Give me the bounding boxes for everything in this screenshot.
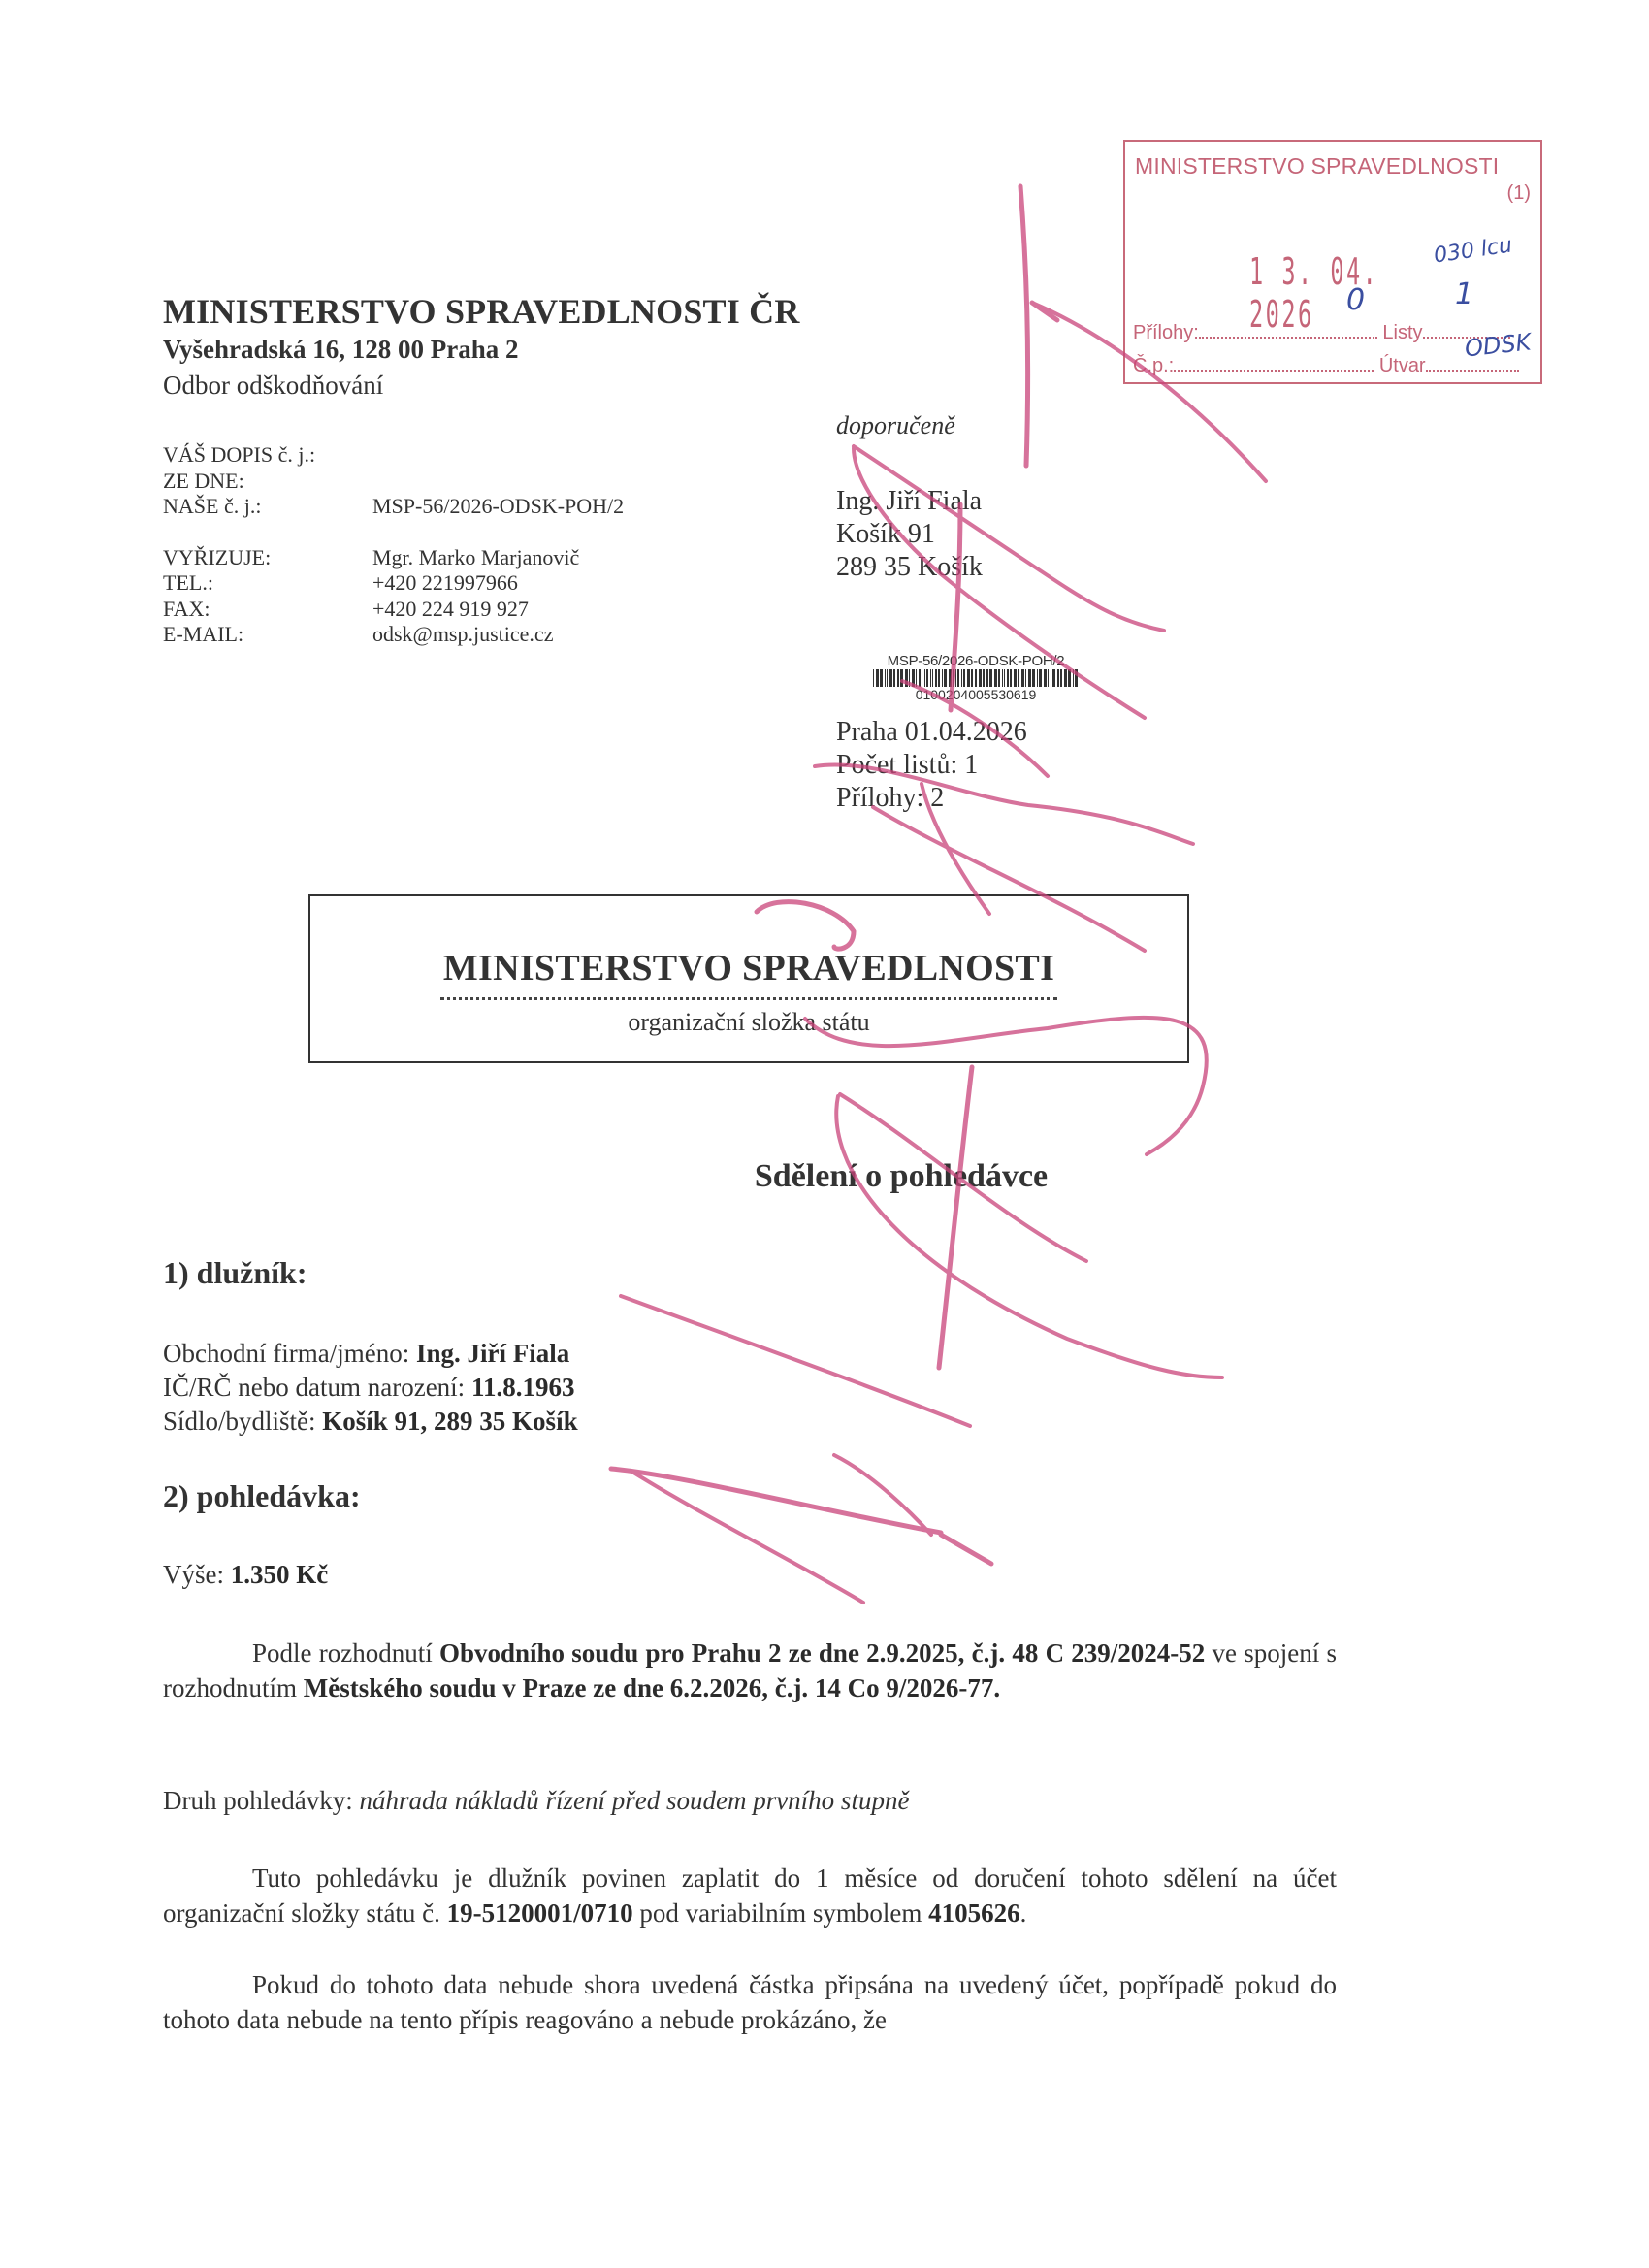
barcode-bars-icon <box>873 669 1079 687</box>
ref-label: ZE DNE: <box>163 469 372 495</box>
ref-label: VYŘIZUJE: <box>163 545 372 571</box>
ref-row-your-letter: VÁŠ DOPIS č. j.: <box>163 442 624 469</box>
ref-label: TEL.: <box>163 570 372 597</box>
court-decision-2: Městského soudu v Praze ze dne 6.2.2026,… <box>304 1673 1000 1702</box>
claim-type-label: Druh pohledávky: <box>163 1786 359 1815</box>
organization-box: MINISTERSTVO SPRAVEDLNOSTI organizační s… <box>308 894 1189 1063</box>
stamp-handwritten-attachments: 0 <box>1346 283 1365 317</box>
debtor-address-line: Sídlo/bydliště: Košík 91, 289 35 Košík <box>163 1405 578 1439</box>
ref-label: E-MAIL: <box>163 622 372 648</box>
debtor-address-value: Košík 91, 289 35 Košík <box>322 1407 577 1436</box>
stamp-title: MINISTERSTVO SPRAVEDLNOSTI <box>1135 153 1499 179</box>
debtor-id-line: IČ/RČ nebo datum narození: 11.8.1963 <box>163 1371 578 1405</box>
delivery-method: doporučeně <box>836 411 955 440</box>
ref-label: NAŠE č. j.: <box>163 494 372 520</box>
debtor-address-label: Sídlo/bydliště: <box>163 1407 322 1436</box>
ref-row-date: ZE DNE: <box>163 469 624 495</box>
ref-label: VÁŠ DOPIS č. j.: <box>163 442 372 469</box>
text: Podle rozhodnutí <box>252 1638 439 1668</box>
ref-value: +420 221997966 <box>372 570 518 597</box>
text: Pokud do tohoto data nebude shora uveden… <box>163 1970 1337 2034</box>
debtor-id-label: IČ/RČ nebo datum narození: <box>163 1373 471 1402</box>
attachment-count: Přílohy: 2 <box>836 782 1027 815</box>
stamp-handwritten-annotation: 030 lcu <box>1433 233 1514 268</box>
organization-box-subtitle: organizační složka státu <box>310 1008 1187 1037</box>
ref-value: Mgr. Marko Marjanovič <box>372 545 579 571</box>
debtor-details: Obchodní firma/jméno: Ing. Jiří Fiala IČ… <box>163 1337 578 1439</box>
ref-value: odsk@msp.justice.cz <box>372 622 553 648</box>
stamp-attachments-label: Přílohy: <box>1133 322 1199 343</box>
bank-account: 19-5120001/0710 <box>447 1898 633 1928</box>
claim-amount: Výše: 1.350 Kč <box>163 1560 328 1590</box>
debtor-name-line: Obchodní firma/jméno: Ing. Jiří Fiala <box>163 1337 578 1371</box>
claim-amount-value: 1.350 Kč <box>231 1560 329 1589</box>
reference-table: VÁŠ DOPIS č. j.: ZE DNE: NAŠE č. j.: MSP… <box>163 442 624 648</box>
dotted-divider <box>440 997 1057 1000</box>
paragraph-payment: Tuto pohledávku je dlužník povinen zapla… <box>163 1861 1337 1930</box>
recipient-address: Ing. Jiří Fiala Košík 91 289 35 Košík <box>836 485 983 584</box>
debtor-id-value: 11.8.1963 <box>471 1373 575 1402</box>
stamp-sheets-label: Listy <box>1382 322 1422 343</box>
paragraph-consequences: Pokud do tohoto data nebude shora uveden… <box>163 1967 1337 2037</box>
ref-label: FAX: <box>163 597 372 623</box>
court-decision-1: Obvodního soudu pro Prahu 2 ze dne 2.9.2… <box>439 1638 1205 1668</box>
debtor-name-label: Obchodní firma/jméno: <box>163 1339 416 1368</box>
ref-row-email: E-MAIL: odsk@msp.justice.cz <box>163 622 624 648</box>
stamp-handwritten-sheets: 1 <box>1455 277 1473 311</box>
recipient-name: Ing. Jiří Fiala <box>836 485 983 518</box>
dispatch-info: Praha 01.04.2026 Počet listů: 1 Přílohy:… <box>836 716 1027 815</box>
text: pod variabilním symbolem <box>633 1898 928 1928</box>
ref-row-our-ref: NAŠE č. j.: MSP-56/2026-ODSK-POH/2 <box>163 494 624 520</box>
stamp-unit-label: Útvar <box>1379 355 1426 376</box>
sender-department: Odbor odškodňování <box>163 371 383 401</box>
place-date: Praha 01.04.2026 <box>836 716 1027 749</box>
barcode: MSP-56/2026-ODSK-POH/2 0100204005530619 <box>869 654 1083 701</box>
paragraph-court-decision: Podle rozhodnutí Obvodního soudu pro Pra… <box>163 1636 1337 1705</box>
sender-organization: MINISTERSTVO SPRAVEDLNOSTI ČR <box>163 291 800 332</box>
receipt-stamp: MINISTERSTVO SPRAVEDLNOSTI (1) 1 3. 04. … <box>1123 140 1542 384</box>
stamp-copy-number: (1) <box>1507 182 1531 205</box>
section-claim-heading: 2) pohledávka: <box>163 1478 361 1514</box>
recipient-city: 289 35 Košík <box>836 551 983 584</box>
ref-row-phone: TEL.: +420 221997966 <box>163 570 624 597</box>
stamp-ref-label: Č.p.: <box>1133 355 1174 376</box>
sender-address: Vyšehradská 16, 128 00 Praha 2 <box>163 335 519 365</box>
ref-row-handler: VYŘIZUJE: Mgr. Marko Marjanovič <box>163 545 624 571</box>
document-title: Sdělení o pohledávce <box>0 1158 1649 1195</box>
claim-amount-label: Výše: <box>163 1560 231 1589</box>
claim-type: Druh pohledávky: náhrada nákladů řízení … <box>163 1783 1337 1818</box>
ref-value: +420 224 919 927 <box>372 597 529 623</box>
stamp-attachments-field: Přílohy: Listy <box>1133 322 1510 344</box>
sheet-count: Počet listů: 1 <box>836 749 1027 782</box>
claim-type-value: náhrada nákladů řízení před soudem první… <box>359 1786 909 1815</box>
barcode-reference: MSP-56/2026-ODSK-POH/2 <box>869 654 1083 668</box>
organization-box-title: MINISTERSTVO SPRAVEDLNOSTI <box>310 947 1187 989</box>
recipient-street: Košík 91 <box>836 518 983 551</box>
debtor-name-value: Ing. Jiří Fiala <box>416 1339 569 1368</box>
ref-row-fax: FAX: +420 224 919 927 <box>163 597 624 623</box>
stamp-handwritten-unit: ODSK <box>1464 329 1533 363</box>
variable-symbol: 4105626 <box>928 1898 1020 1928</box>
ref-value: MSP-56/2026-ODSK-POH/2 <box>372 494 624 520</box>
text: . <box>1020 1898 1027 1928</box>
section-debtor-heading: 1) dlužník: <box>163 1255 307 1291</box>
barcode-number: 0100204005530619 <box>869 688 1083 701</box>
stamp-ref-field: Č.p.: Útvar <box>1133 355 1519 377</box>
